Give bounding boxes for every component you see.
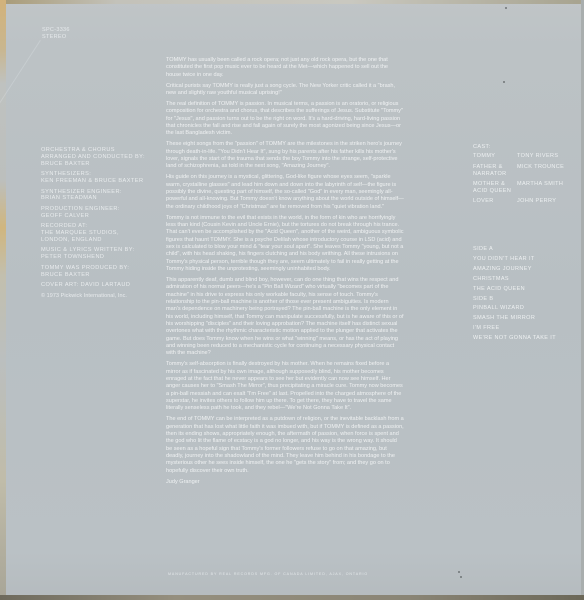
credit-line: Peter Townshend bbox=[41, 254, 161, 261]
cast-actor: John Perry bbox=[517, 198, 583, 205]
credit-line: Bruce Baxter bbox=[41, 161, 161, 168]
credit-line: Recorded at: bbox=[41, 223, 161, 230]
credit-line: Music & Lyrics written by: bbox=[41, 247, 161, 254]
cast-role: Lover bbox=[473, 198, 517, 205]
cast-actor: Martha Smith bbox=[517, 181, 583, 195]
liner-paragraph: TOMMY has usually been called a rock ope… bbox=[166, 57, 404, 79]
side-label: Side B bbox=[473, 296, 583, 303]
liner-paragraph: The real definition of TOMMY is passion.… bbox=[166, 101, 404, 138]
credit-block: Music & Lyrics written by:Peter Townshen… bbox=[41, 247, 161, 261]
credit-block: Tommy was produced by:Bruce Baxter bbox=[41, 265, 161, 279]
cast-row: Father & NarratorMick Trounce bbox=[473, 164, 583, 178]
liner-paragraph: These eight songs from the "passion" of … bbox=[166, 141, 404, 170]
credit-line: Production Engineer: bbox=[41, 206, 161, 213]
credit-block: Orchestra & ChorusArranged and Conducted… bbox=[41, 147, 161, 168]
credit-line: Ken Freeman & Bruce Baxter bbox=[41, 178, 161, 185]
track-list: Side AYou Didn't Hear ItAmazing JourneyC… bbox=[473, 246, 583, 345]
liner-paragraph: Critical purists say TOMMY is really jus… bbox=[166, 83, 404, 98]
track-title: You Didn't Hear It bbox=[473, 256, 583, 263]
liner-paragraph: The end of TOMMY can be interpreted as a… bbox=[166, 416, 404, 475]
track-title: We're Not Gonna Take It bbox=[473, 335, 583, 342]
spine-wear bbox=[0, 0, 6, 600]
album-back-cover: SPC-3336 STEREO Orchestra & ChorusArrang… bbox=[0, 0, 584, 600]
track-title: Christmas bbox=[473, 276, 583, 283]
side-label: Side A bbox=[473, 246, 583, 253]
credit-line: Arranged and Conducted by: bbox=[41, 154, 161, 161]
credit-line: Brian Steadman bbox=[41, 195, 161, 202]
cast-role: Father & Narrator bbox=[473, 164, 517, 178]
catalog-info: SPC-3336 STEREO bbox=[42, 27, 70, 41]
copyright-notice: © 1973 Pickwick International, Inc. bbox=[41, 293, 161, 300]
cast-role: Tommy bbox=[473, 153, 517, 160]
manufacturer-line: Manufactured by Real Records Mfg. of Can… bbox=[168, 572, 368, 576]
credit-block: Production Engineer:Geoff Calver bbox=[41, 206, 161, 220]
cover-top-edge bbox=[0, 0, 584, 4]
credit-line: Synthesizers: bbox=[41, 171, 161, 178]
credit-block: Synthesizers:Ken Freeman & Bruce Baxter bbox=[41, 171, 161, 185]
audio-format: STEREO bbox=[42, 34, 70, 41]
liner-paragraph: Tommy's self-absorption is finally destr… bbox=[166, 361, 404, 412]
cover-bottom-edge bbox=[0, 595, 584, 600]
liner-paragraph: His guide on this journey is a mystical,… bbox=[166, 174, 404, 211]
credit-line: Synthesizer Engineer: bbox=[41, 189, 161, 196]
cast-row: LoverJohn Perry bbox=[473, 198, 583, 205]
credit-line: London, England bbox=[41, 237, 161, 244]
credit-line: Orchestra & Chorus bbox=[41, 147, 161, 154]
track-title: The Acid Queen bbox=[473, 286, 583, 293]
credit-line: The Marquee Studios, bbox=[41, 230, 161, 237]
credits-column: Orchestra & ChorusArranged and Conducted… bbox=[41, 147, 161, 300]
dust-speck bbox=[505, 7, 507, 9]
track-title: Amazing Journey bbox=[473, 266, 583, 273]
cast-row: TommyTony Rivers bbox=[473, 153, 583, 160]
liner-paragraph: Tommy is not immune to the evil that exi… bbox=[166, 215, 404, 274]
cover-crease bbox=[0, 40, 41, 150]
track-title: I'm Free bbox=[473, 325, 583, 332]
cast-role: Mother & Acid Queen bbox=[473, 181, 517, 195]
credit-line: Bruce Baxter bbox=[41, 272, 161, 279]
liner-notes: TOMMY has usually been called a rock ope… bbox=[166, 57, 404, 486]
cast-list: Cast: TommyTony RiversFather & NarratorM… bbox=[473, 144, 583, 209]
track-title: Smash The Mirror bbox=[473, 315, 583, 322]
credit-block: Synthesizer Engineer:Brian Steadman bbox=[41, 189, 161, 203]
credit-line: Geoff Calver bbox=[41, 213, 161, 220]
liner-paragraph: This apparently deaf, dumb and blind boy… bbox=[166, 277, 404, 358]
credit-line: Cover Art: David Lartaud bbox=[41, 282, 161, 289]
cast-actor: Mick Trounce bbox=[517, 164, 583, 178]
cast-actor: Tony Rivers bbox=[517, 153, 583, 160]
credit-block: Cover Art: David Lartaud bbox=[41, 282, 161, 289]
catalog-number: SPC-3336 bbox=[42, 27, 70, 34]
author-signature: Judy Granger bbox=[166, 479, 404, 486]
cast-row: Mother & Acid QueenMartha Smith bbox=[473, 181, 583, 195]
track-title: Pinball Wizard bbox=[473, 305, 583, 312]
dust-speck bbox=[458, 571, 460, 573]
dust-speck bbox=[503, 81, 505, 83]
credit-block: Recorded at:The Marquee Studios,London, … bbox=[41, 223, 161, 244]
dust-speck bbox=[460, 576, 462, 578]
credit-line: Tommy was produced by: bbox=[41, 265, 161, 272]
cast-heading: Cast: bbox=[473, 144, 583, 151]
